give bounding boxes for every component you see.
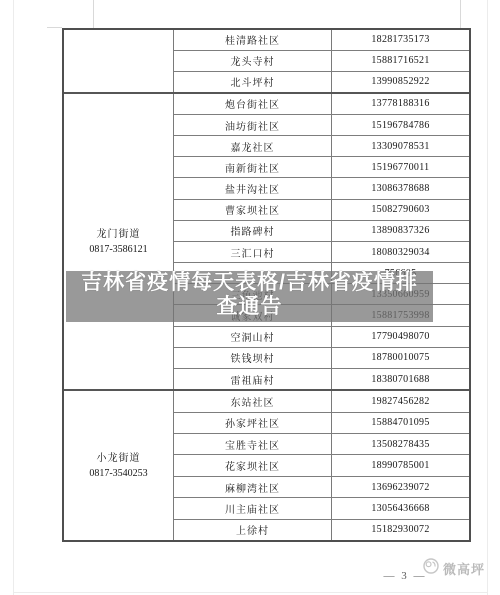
community-cell: 龙头寺村: [174, 51, 332, 71]
group-rows: 炮台街社区13778188316油坊街社区15196784786嘉龙社区1330…: [174, 94, 469, 390]
community-cell: 东站社区: [174, 391, 332, 411]
circle-swirl-icon: [422, 557, 440, 580]
phone-cell: 15082790603: [332, 200, 469, 220]
community-cell: 炮台街社区: [174, 94, 332, 114]
community-cell: 嘉龙社区: [174, 136, 332, 156]
page-edge-right: [487, 0, 488, 595]
table-row: 桂清路社区18281735173: [174, 30, 469, 51]
table-row: 上徐村15182930072: [174, 520, 469, 540]
street-cell: [64, 30, 174, 92]
community-cell: 铁钱坝村: [174, 348, 332, 368]
street-name: 龙门街道: [97, 227, 141, 242]
table-remnant-line: [460, 0, 461, 28]
phone-cell: 17790498070: [332, 327, 469, 347]
community-cell: 盐井沟社区: [174, 178, 332, 198]
community-cell: 雷祖庙村: [174, 369, 332, 389]
page-edge-bottom: [13, 592, 488, 593]
phone-cell: 13086378688: [332, 178, 469, 198]
phone-cell: 15182930072: [332, 520, 469, 540]
watermark-label: 微高坪: [443, 559, 485, 578]
page-edge-left: [13, 0, 14, 595]
phone-cell: 18080329034: [332, 242, 469, 262]
community-cell: 南新街社区: [174, 157, 332, 177]
phone-cell: 13778188316: [332, 94, 469, 114]
community-cell: 宝胜寺社区: [174, 434, 332, 454]
table-row: 麻柳湾社区13696239072: [174, 477, 469, 498]
phone-cell: 18990785001: [332, 455, 469, 475]
overlay-title-line2: 查通告: [217, 295, 283, 319]
table-row: 川主庙社区13056436668: [174, 498, 469, 519]
overlay-title-line1: 吉林省疫情每天表格/吉林省疫情排: [81, 271, 418, 295]
table-row: 东站社区19827456282: [174, 391, 469, 412]
table-row: 南新街社区15196770011: [174, 157, 469, 178]
table-row: 北斗坪村13990852922: [174, 72, 469, 92]
table-row: 龙头寺村15881716521: [174, 51, 469, 72]
street-group: 龙门街道0817-3586121炮台街社区13778188316油坊街社区151…: [64, 94, 469, 392]
community-cell: 花家坝社区: [174, 455, 332, 475]
community-cell: 麻柳湾社区: [174, 477, 332, 497]
street-group: 桂清路社区18281735173龙头寺村15881716521北斗坪村13990…: [64, 30, 469, 94]
phone-cell: 13508278435: [332, 434, 469, 454]
community-cell: 指路碑村: [174, 221, 332, 241]
table-row: 曹家坝社区15082790603: [174, 200, 469, 221]
table-row: 空洞山村17790498070: [174, 327, 469, 348]
street-cell: 龙门街道0817-3586121: [64, 94, 174, 390]
group-rows: 桂清路社区18281735173龙头寺村15881716521北斗坪村13990…: [174, 30, 469, 92]
table-row: 宝胜寺社区13508278435: [174, 434, 469, 455]
document-page: 桂清路社区18281735173龙头寺村15881716521北斗坪村13990…: [0, 0, 500, 595]
phone-cell: 13056436668: [332, 498, 469, 518]
community-cell: 孙家坪社区: [174, 413, 332, 433]
table-row: 孙家坪社区15884701095: [174, 413, 469, 434]
community-cell: 油坊街社区: [174, 115, 332, 135]
community-cell: 桂清路社区: [174, 30, 332, 50]
table-row: 炮台街社区13778188316: [174, 94, 469, 115]
street-cell: 小龙街道0817-3540253: [64, 391, 174, 540]
community-cell: 北斗坪村: [174, 72, 332, 92]
phone-cell: 18281735173: [332, 30, 469, 50]
phone-cell: 15884701095: [332, 413, 469, 433]
table-row: 嘉龙社区13309078531: [174, 136, 469, 157]
phone-cell: 18380701688: [332, 369, 469, 389]
table-row: 雷祖庙村18380701688: [174, 369, 469, 389]
phone-cell: 15196784786: [332, 115, 469, 135]
phone-cell: 19827456282: [332, 391, 469, 411]
table-row: 三汇口村18080329034: [174, 242, 469, 263]
street-phone: 0817-3586121: [89, 242, 147, 257]
table-row: 油坊街社区15196784786: [174, 115, 469, 136]
phone-cell: 13890837326: [332, 221, 469, 241]
phone-cell: 15881716521: [332, 51, 469, 71]
community-cell: 上徐村: [174, 520, 332, 540]
phone-cell: 13309078531: [332, 136, 469, 156]
phone-cell: 15196770011: [332, 157, 469, 177]
phone-cell: 18780010075: [332, 348, 469, 368]
table-row: 指路碑村13890837326: [174, 221, 469, 242]
community-cell: 三汇口村: [174, 242, 332, 262]
community-cell: 川主庙社区: [174, 498, 332, 518]
table-row: 铁钱坝村18780010075: [174, 348, 469, 369]
street-group: 小龙街道0817-3540253东站社区19827456282孙家坪社区1588…: [64, 391, 469, 540]
street-name: 小龙街道: [97, 451, 141, 466]
table-remnant-line: [93, 0, 94, 28]
street-phone: 0817-3540253: [89, 466, 147, 481]
phone-cell: 13990852922: [332, 72, 469, 92]
community-cell: 曹家坝社区: [174, 200, 332, 220]
title-overlay: 吉林省疫情每天表格/吉林省疫情排 查通告: [66, 271, 433, 322]
watermark: 微高坪: [422, 557, 485, 580]
table-row: 盐井沟社区13086378688: [174, 178, 469, 199]
group-rows: 东站社区19827456282孙家坪社区15884701095宝胜寺社区1350…: [174, 391, 469, 540]
table-row: 花家坝社区18990785001: [174, 455, 469, 476]
table-remnant-line: [47, 27, 62, 28]
phone-cell: 13696239072: [332, 477, 469, 497]
community-cell: 空洞山村: [174, 327, 332, 347]
